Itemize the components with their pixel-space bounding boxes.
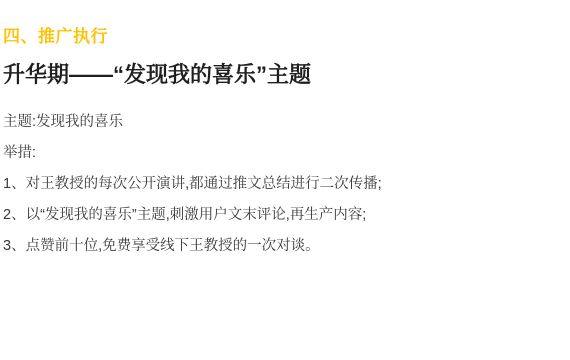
body-line-item-3: 3、点赞前十位,免费享受线下王教授的一次对谈。 bbox=[3, 238, 560, 255]
section-heading: 四、推广执行 bbox=[3, 27, 560, 46]
body-line-item-1: 1、对王教授的每次公开演讲,都通过推文总结进行二次传播; bbox=[3, 176, 560, 193]
body-line-item-2: 2、以“发现我的喜乐”主题,刺激用户文末评论,再生产内容; bbox=[3, 207, 560, 224]
slide: 四、推广执行 升华期——“发现我的喜乐”主题 主题:发现我的喜乐 举措: 1、对… bbox=[0, 0, 570, 360]
body-line-theme: 主题:发现我的喜乐 bbox=[3, 114, 560, 131]
page-title: 升华期——“发现我的喜乐”主题 bbox=[3, 62, 560, 88]
body-line-measures-label: 举措: bbox=[3, 145, 560, 162]
